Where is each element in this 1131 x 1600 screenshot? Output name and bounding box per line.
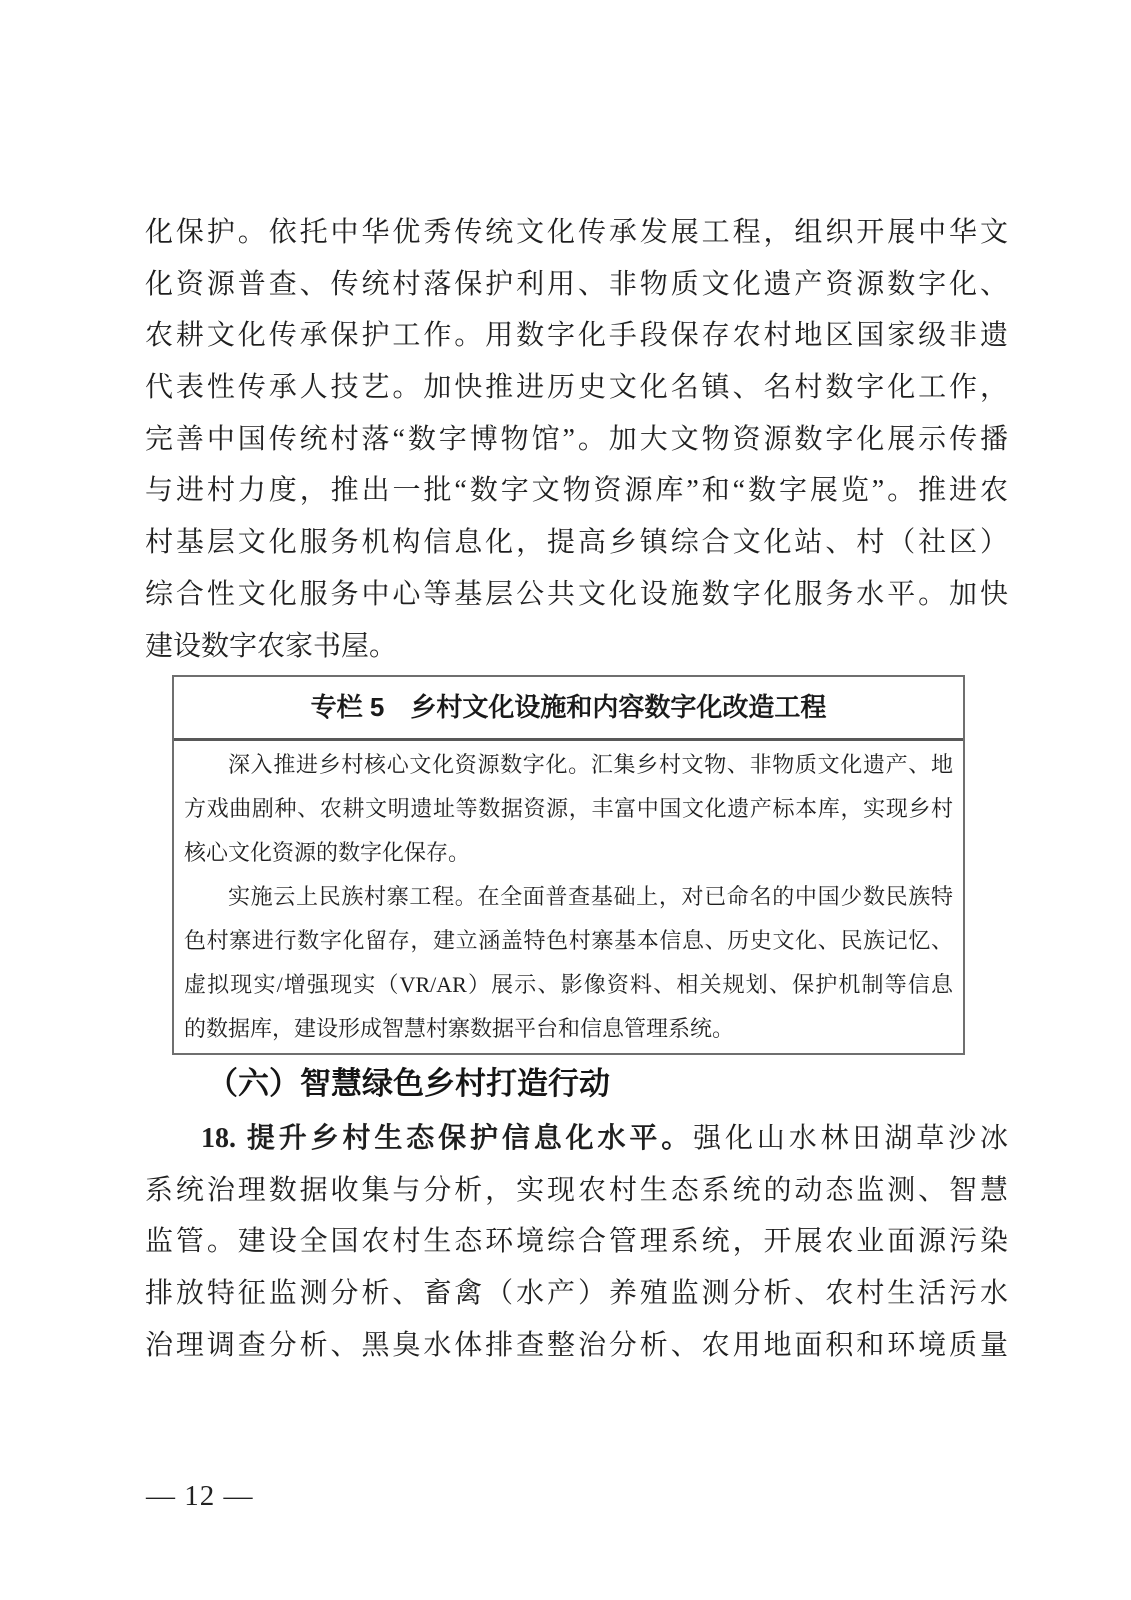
text-line: 建设数字农家书屋。 [145, 621, 1008, 673]
text-line: 完善中国传统村落“数字博物馆”。加大文物资源数字化展示传播 [145, 414, 1008, 466]
text-line: 核心文化资源的数字化保存。 [184, 831, 953, 875]
text-line: 方戏曲剧种、农耕文明遗址等数据资源，丰富中国文化遗产标本库，实现乡村 [184, 787, 953, 831]
text-line: 实施云上民族村寨工程。在全面普查基础上，对已命名的中国少数民族特 [184, 875, 953, 919]
top-paragraph: 化保护。依托中华优秀传统文化传承发展工程，组织开展中华文 化资源普查、传统村落保… [145, 207, 1008, 672]
text-line: 色村寨进行数字化留存，建立涵盖特色村寨基本信息、历史文化、民族记忆、 [184, 919, 953, 963]
callout-box-title: 专栏 5 乡村文化设施和内容数字化改造工程 [174, 677, 963, 741]
text-line: 治理调查分析、黑臭水体排查整治分析、农用地面积和环境质量 [145, 1320, 1008, 1372]
text-line: 与进村力度，推出一批“数字文物资源库”和“数字展览”。推进农 [145, 465, 1008, 517]
document-page: 化保护。依托中华优秀传统文化传承发展工程，组织开展中华文 化资源普查、传统村落保… [0, 0, 1131, 1600]
text-line: 村基层文化服务机构信息化，提高乡镇综合文化站、村（社区） [145, 517, 1008, 569]
paragraph-18-lead: 18. 提升乡村生态保护信息化水平。 [201, 1123, 693, 1154]
callout-box: 专栏 5 乡村文化设施和内容数字化改造工程 深入推进乡村核心文化资源数字化。汇集… [172, 675, 965, 1055]
page-number: — 12 — [146, 1480, 254, 1513]
text-line: 的数据库，建设形成智慧村寨数据平台和信息管理系统。 [184, 1007, 953, 1051]
text-line: 监管。建设全国农村生态环境综合管理系统，开展农业面源污染 [145, 1216, 1008, 1268]
section-heading: （六）智慧绿色乡村打造行动 [145, 1058, 1008, 1110]
text-line: 化保护。依托中华优秀传统文化传承发展工程，组织开展中华文 [145, 207, 1008, 259]
text-line: 综合性文化服务中心等基层公共文化设施数字化服务水平。加快 [145, 569, 1008, 621]
text-line: 虚拟现实/增强现实（VR/AR）展示、影像资料、相关规划、保护机制等信息 [184, 963, 953, 1007]
paragraph-18: 18. 提升乡村生态保护信息化水平。强化山水林田湖草沙冰 系统治理数据收集与分析… [145, 1113, 1008, 1371]
paragraph-18-lead-rest: 强化山水林田湖草沙冰 [693, 1123, 1008, 1154]
text-line: 18. 提升乡村生态保护信息化水平。强化山水林田湖草沙冰 [145, 1113, 1008, 1165]
text-line: 代表性传承人技艺。加快推进历史文化名镇、名村数字化工作， [145, 362, 1008, 414]
text-line: 系统治理数据收集与分析，实现农村生态系统的动态监测、智慧 [145, 1165, 1008, 1217]
callout-box-body: 深入推进乡村核心文化资源数字化。汇集乡村文物、非物质文化遗产、地 方戏曲剧种、农… [174, 741, 963, 1053]
text-line: 化资源普查、传统村落保护利用、非物质文化遗产资源数字化、 [145, 259, 1008, 311]
text-line: 深入推进乡村核心文化资源数字化。汇集乡村文物、非物质文化遗产、地 [184, 743, 953, 787]
text-line: 农耕文化传承保护工作。用数字化手段保存农村地区国家级非遗 [145, 310, 1008, 362]
text-line: 排放特征监测分析、畜禽（水产）养殖监测分析、农村生活污水 [145, 1268, 1008, 1320]
